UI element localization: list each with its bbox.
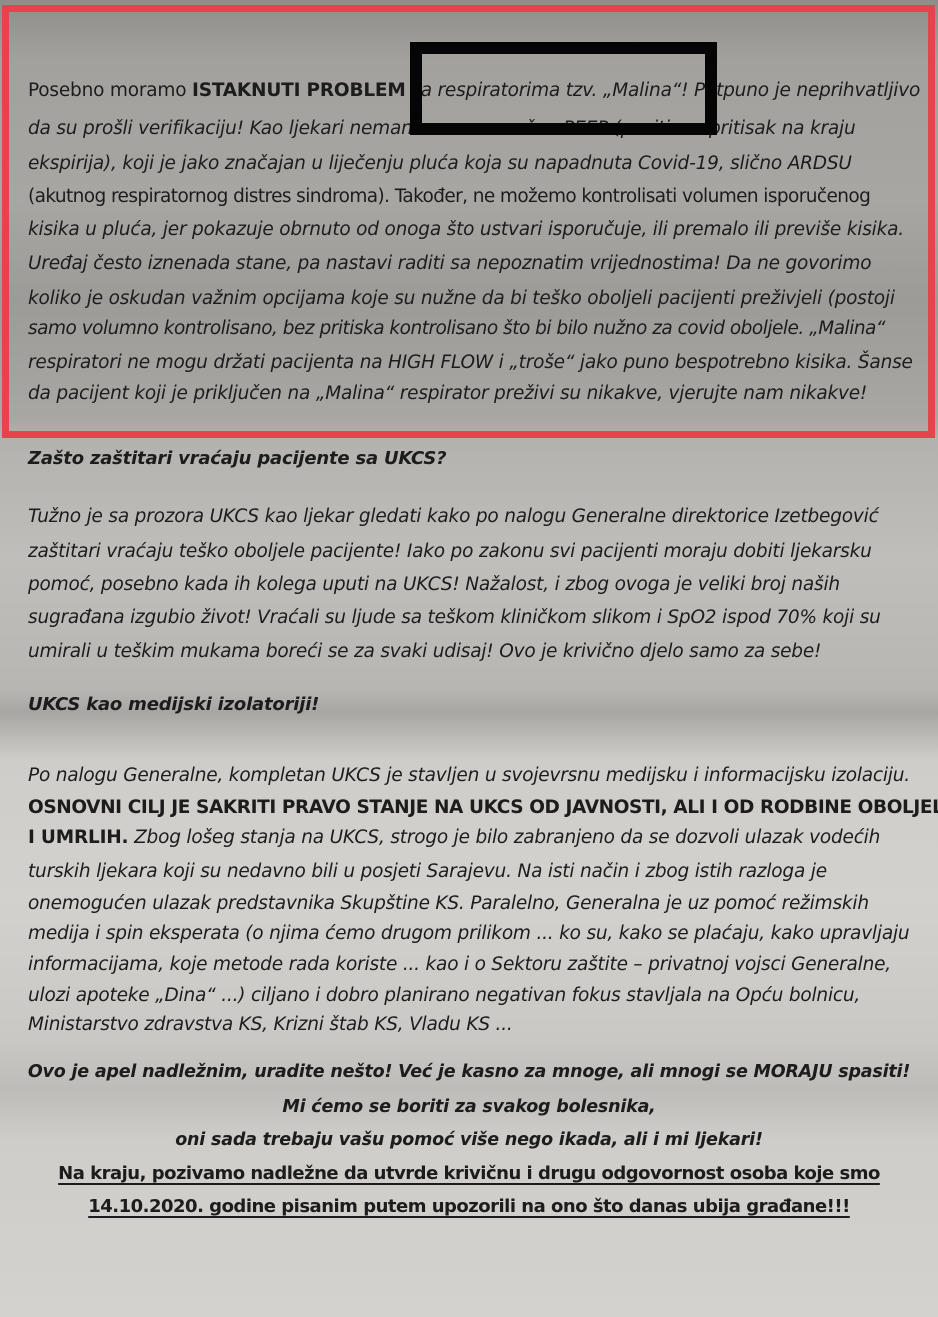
appeal-line-1: Ovo je apel nadležnim, uradite nešto! Ve… (0, 1062, 938, 1082)
underlined-line-2: 14.10.2020. godine pisanim putem upozori… (0, 1196, 938, 1217)
section2-line-2: zaštitari vraćaju teško oboljele pacijen… (28, 541, 872, 562)
section3-line-7: informacijama, koje metode rada koriste … (28, 954, 891, 975)
section3-line-4: turskih ljekara koji su nedavno bili u p… (28, 861, 827, 882)
section2-heading: Zašto zaštitari vraćaju pacijente sa UKC… (28, 448, 446, 469)
section3-line-5: onemogućen ulazak predstavnika Skupštine… (28, 893, 869, 914)
section3-bold-line: OSNOVNI CILJ JE SAKRITI PRAVO STANJE NA … (28, 797, 938, 818)
section2-line-1: Tužno je sa prozora UKCS kao ljekar gled… (28, 506, 879, 527)
section3-line-8: ulozi apoteke „Dina“ ...) ciljano i dobr… (28, 985, 860, 1006)
underlined-line-1: Na kraju, pozivamo nadležne da utvrde kr… (0, 1163, 938, 1184)
section2-line-3: pomoć, posebno kada ih kolega uputi na U… (28, 574, 840, 595)
section2-line-4: sugrađana izgubio život! Vraćali su ljud… (28, 607, 881, 628)
appeal-line-3: oni sada trebaju vašu pomoć više nego ik… (0, 1130, 938, 1150)
section3-line3-rest: Zbog lošeg stanja na UKCS, strogo je bil… (128, 827, 880, 848)
appeal-line-2: Mi ćemo se boriti za svakog bolesnika, (0, 1097, 938, 1117)
section3-line-9: Ministarstvo zdravstva KS, Krizni štab K… (28, 1014, 513, 1035)
section3-line3-bold: I UMRLIH. (28, 827, 128, 848)
section3-line-1: Po nalogu Generalne, kompletan UKCS je s… (28, 765, 910, 786)
section3-line-6: medija i spin eksperata (o njima ćemo dr… (28, 923, 909, 944)
black-annotation-box (410, 42, 717, 135)
section3-line-3: I UMRLIH. Zbog lošeg stanja na UKCS, str… (28, 827, 880, 848)
section3-heading: UKCS kao medijski izolatoriji! (28, 694, 319, 715)
section2-line-5: umirali u teškim mukama boreći se za sva… (28, 641, 821, 662)
letter-paper: Posebno moramo ISTAKNUTI PROBLEM sa resp… (0, 0, 938, 1317)
